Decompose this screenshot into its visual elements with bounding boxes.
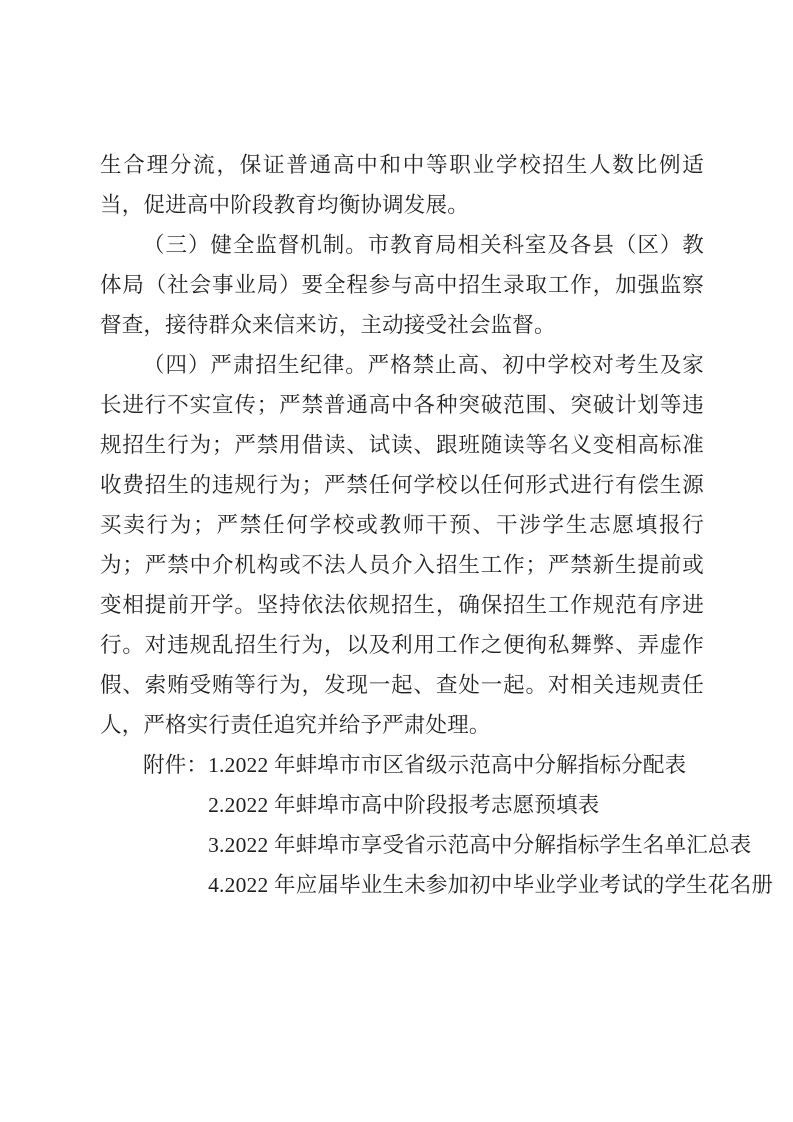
attachment-item-3: 3.2022 年蚌埠市享受省示范高中分解指标学生名单汇总表 [208,825,773,865]
attachments-label: 附件： [143,745,208,785]
attachment-item-2: 2.2022 年蚌埠市高中阶段报考志愿预填表 [208,785,773,825]
paragraph-section-4: （四）严肃招生纪律。严格禁止高、初中学校对考生及家长进行不实宣传；严禁普通高中各… [100,345,704,745]
attachments-block: 附件： 1.2022 年蚌埠市市区省级示范高中分解指标分配表 2.2022 年蚌… [143,745,704,905]
attachment-item-4: 4.2022 年应届毕业生未参加初中毕业学业考试的学生花名册 [208,865,773,905]
document-body: 生合理分流，保证普通高中和中等职业学校招生人数比例适当，促进高中阶段教育均衡协调… [100,145,704,905]
attachment-item-1: 1.2022 年蚌埠市市区省级示范高中分解指标分配表 [208,745,773,785]
document-page: 生合理分流，保证普通高中和中等职业学校招生人数比例适当，促进高中阶段教育均衡协调… [0,0,793,1122]
attachments-list: 1.2022 年蚌埠市市区省级示范高中分解指标分配表 2.2022 年蚌埠市高中… [208,745,773,905]
paragraph-section-3: （三）健全监督机制。市教育局相关科室及各县（区）教体局（社会事业局）要全程参与高… [100,225,704,345]
paragraph-continuation: 生合理分流，保证普通高中和中等职业学校招生人数比例适当，促进高中阶段教育均衡协调… [100,145,704,225]
